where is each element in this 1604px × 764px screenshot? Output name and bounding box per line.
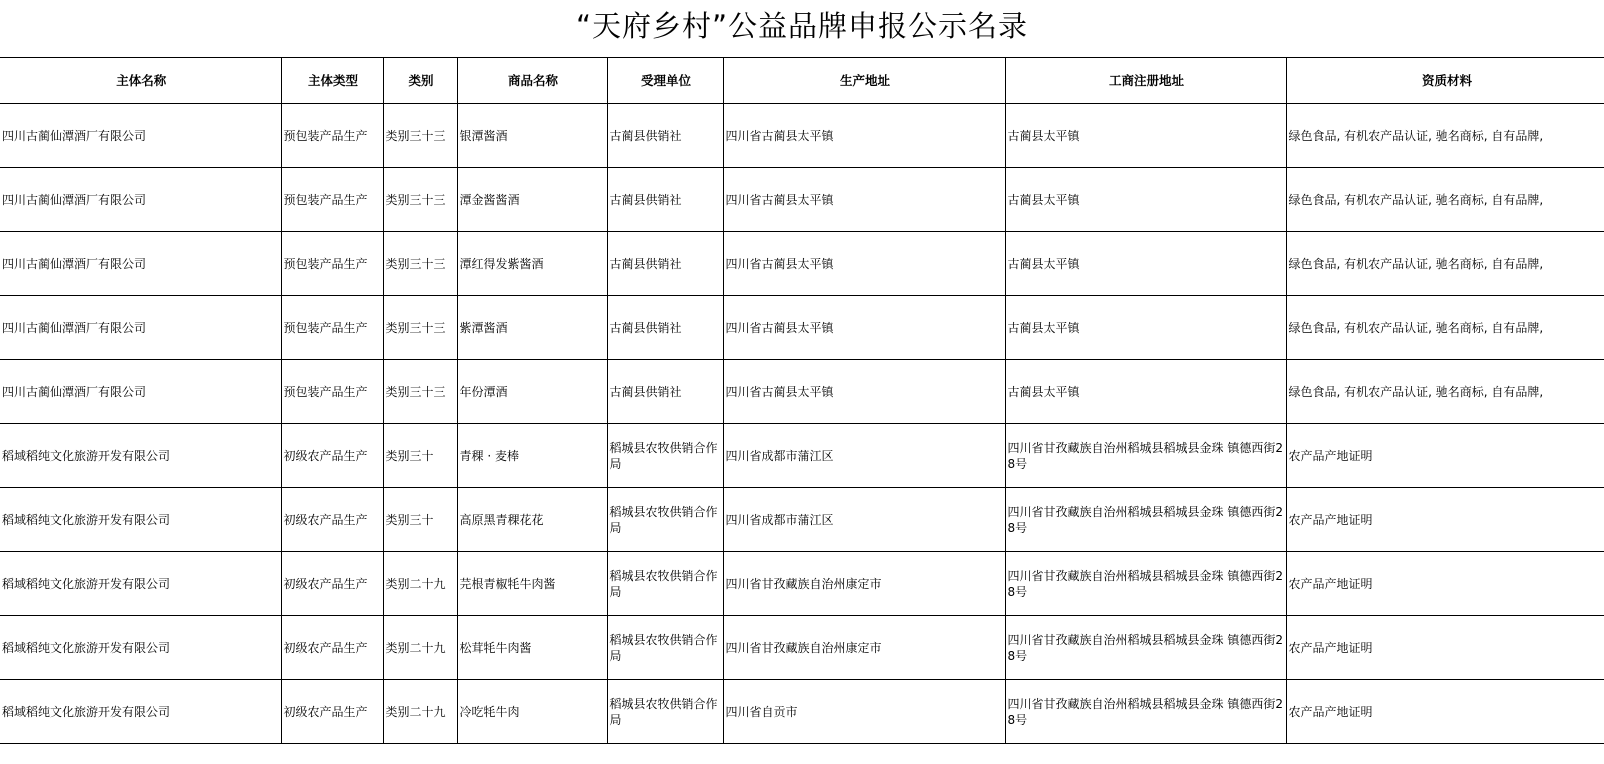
cell-entity-type: 预包装产品生产 (281, 360, 383, 424)
cell-accepting-unit: 古蔺县供销社 (607, 296, 723, 360)
cell-entity-type: 预包装产品生产 (281, 296, 383, 360)
cell-registered-address: 四川省甘孜藏族自治州稻城县稻城县金珠 镇德西街28号 (1005, 616, 1286, 680)
cell-accepting-unit: 古蔺县供销社 (607, 104, 723, 168)
column-header-registered-address: 工商注册地址 (1005, 58, 1286, 104)
cell-product-name: 松茸牦牛肉酱 (457, 616, 607, 680)
column-header-category: 类别 (383, 58, 457, 104)
column-header-accepting-unit: 受理单位 (607, 58, 723, 104)
cell-category: 类别三十三 (383, 360, 457, 424)
header-row: 主体名称主体类型类别商品名称受理单位生产地址工商注册地址资质材料 (0, 58, 1604, 104)
cell-accepting-unit: 稻城县农牧供销合作局 (607, 552, 723, 616)
cell-product-name: 潭金酱酱酒 (457, 168, 607, 232)
cell-entity-name: 四川古蔺仙潭酒厂有限公司 (0, 104, 281, 168)
cell-entity-name: 稻域稻纯文化旅游开发有限公司 (0, 616, 281, 680)
cell-product-name: 年份潭酒 (457, 360, 607, 424)
table-row: 四川古蔺仙潭酒厂有限公司预包装产品生产类别三十三潭红得发紫酱酒古蔺县供销社四川省… (0, 232, 1604, 296)
cell-production-address: 四川省甘孜藏族自治州康定市 (723, 616, 1005, 680)
cell-accepting-unit: 稻城县农牧供销合作局 (607, 424, 723, 488)
cell-category: 类别三十三 (383, 168, 457, 232)
cell-category: 类别三十 (383, 488, 457, 552)
cell-registered-address: 四川省甘孜藏族自治州稻城县稻城县金珠 镇德西街28号 (1005, 424, 1286, 488)
cell-qualifications: 农产品产地证明 (1286, 424, 1604, 488)
cell-entity-type: 初级农产品生产 (281, 680, 383, 744)
cell-entity-type: 初级农产品生产 (281, 552, 383, 616)
cell-category: 类别二十九 (383, 552, 457, 616)
cell-qualifications: 农产品产地证明 (1286, 488, 1604, 552)
cell-entity-name: 四川古蔺仙潭酒厂有限公司 (0, 232, 281, 296)
cell-production-address: 四川省古蔺县太平镇 (723, 296, 1005, 360)
cell-accepting-unit: 古蔺县供销社 (607, 360, 723, 424)
cell-registered-address: 四川省甘孜藏族自治州稻城县稻城县金珠 镇德西街28号 (1005, 488, 1286, 552)
cell-category: 类别三十 (383, 424, 457, 488)
cell-product-name: 高原黑青稞花花 (457, 488, 607, 552)
cell-entity-name: 四川古蔺仙潭酒厂有限公司 (0, 168, 281, 232)
page-title: “天府乡村”公益品牌申报公示名录 (0, 2, 1604, 50)
cell-production-address: 四川省甘孜藏族自治州康定市 (723, 552, 1005, 616)
table-row: 四川古蔺仙潭酒厂有限公司预包装产品生产类别三十三银潭酱酒古蔺县供销社四川省古蔺县… (0, 104, 1604, 168)
cell-entity-name: 四川古蔺仙潭酒厂有限公司 (0, 360, 281, 424)
cell-qualifications: 农产品产地证明 (1286, 616, 1604, 680)
cell-category: 类别三十三 (383, 104, 457, 168)
table-row: 四川古蔺仙潭酒厂有限公司预包装产品生产类别三十三年份潭酒古蔺县供销社四川省古蔺县… (0, 360, 1604, 424)
cell-category: 类别三十三 (383, 232, 457, 296)
cell-category: 类别二十九 (383, 616, 457, 680)
cell-registered-address: 古蔺县太平镇 (1005, 232, 1286, 296)
cell-entity-type: 初级农产品生产 (281, 616, 383, 680)
cell-product-name: 青稞 · 麦棒 (457, 424, 607, 488)
cell-entity-name: 稻域稻纯文化旅游开发有限公司 (0, 488, 281, 552)
cell-accepting-unit: 古蔺县供销社 (607, 232, 723, 296)
cell-qualifications: 农产品产地证明 (1286, 680, 1604, 744)
cell-production-address: 四川省古蔺县太平镇 (723, 360, 1005, 424)
cell-accepting-unit: 稻城县农牧供销合作局 (607, 488, 723, 552)
table-row: 稻域稻纯文化旅游开发有限公司初级农产品生产类别二十九芫根青椒牦牛肉酱稻城县农牧供… (0, 552, 1604, 616)
table-row: 四川古蔺仙潭酒厂有限公司预包装产品生产类别三十三紫潭酱酒古蔺县供销社四川省古蔺县… (0, 296, 1604, 360)
cell-production-address: 四川省古蔺县太平镇 (723, 104, 1005, 168)
cell-qualifications: 绿色食品, 有机农产品认证, 驰名商标, 自有品牌, (1286, 104, 1604, 168)
cell-qualifications: 绿色食品, 有机农产品认证, 驰名商标, 自有品牌, (1286, 296, 1604, 360)
table-body: 四川古蔺仙潭酒厂有限公司预包装产品生产类别三十三银潭酱酒古蔺县供销社四川省古蔺县… (0, 104, 1604, 744)
cell-production-address: 四川省成都市蒲江区 (723, 424, 1005, 488)
cell-registered-address: 四川省甘孜藏族自治州稻城县稻城县金珠 镇德西街28号 (1005, 552, 1286, 616)
cell-registered-address: 四川省甘孜藏族自治州稻城县稻城县金珠 镇德西街28号 (1005, 680, 1286, 744)
cell-accepting-unit: 稻城县农牧供销合作局 (607, 680, 723, 744)
column-header-entity-name: 主体名称 (0, 58, 281, 104)
cell-category: 类别二十九 (383, 680, 457, 744)
cell-production-address: 四川省自贡市 (723, 680, 1005, 744)
cell-qualifications: 农产品产地证明 (1286, 552, 1604, 616)
cell-entity-type: 预包装产品生产 (281, 168, 383, 232)
table-row: 稻域稻纯文化旅游开发有限公司初级农产品生产类别二十九松茸牦牛肉酱稻城县农牧供销合… (0, 616, 1604, 680)
cell-entity-type: 预包装产品生产 (281, 232, 383, 296)
cell-product-name: 银潭酱酒 (457, 104, 607, 168)
cell-entity-name: 四川古蔺仙潭酒厂有限公司 (0, 296, 281, 360)
cell-qualifications: 绿色食品, 有机农产品认证, 驰名商标, 自有品牌, (1286, 232, 1604, 296)
cell-entity-type: 预包装产品生产 (281, 104, 383, 168)
table-row: 稻域稻纯文化旅游开发有限公司初级农产品生产类别三十高原黑青稞花花稻城县农牧供销合… (0, 488, 1604, 552)
cell-entity-name: 稻域稻纯文化旅游开发有限公司 (0, 680, 281, 744)
cell-qualifications: 绿色食品, 有机农产品认证, 驰名商标, 自有品牌, (1286, 168, 1604, 232)
cell-accepting-unit: 稻城县农牧供销合作局 (607, 616, 723, 680)
cell-entity-name: 稻域稻纯文化旅游开发有限公司 (0, 424, 281, 488)
column-header-entity-type: 主体类型 (281, 58, 383, 104)
cell-qualifications: 绿色食品, 有机农产品认证, 驰名商标, 自有品牌, (1286, 360, 1604, 424)
cell-accepting-unit: 古蔺县供销社 (607, 168, 723, 232)
cell-production-address: 四川省成都市蒲江区 (723, 488, 1005, 552)
cell-registered-address: 古蔺县太平镇 (1005, 360, 1286, 424)
table-row: 稻域稻纯文化旅游开发有限公司初级农产品生产类别三十青稞 · 麦棒稻城县农牧供销合… (0, 424, 1604, 488)
column-header-product-name: 商品名称 (457, 58, 607, 104)
cell-category: 类别三十三 (383, 296, 457, 360)
cell-registered-address: 古蔺县太平镇 (1005, 168, 1286, 232)
cell-product-name: 冷吃牦牛肉 (457, 680, 607, 744)
table-row: 四川古蔺仙潭酒厂有限公司预包装产品生产类别三十三潭金酱酱酒古蔺县供销社四川省古蔺… (0, 168, 1604, 232)
cell-product-name: 潭红得发紫酱酒 (457, 232, 607, 296)
cell-entity-type: 初级农产品生产 (281, 488, 383, 552)
cell-product-name: 紫潭酱酒 (457, 296, 607, 360)
cell-entity-type: 初级农产品生产 (281, 424, 383, 488)
table-row: 稻域稻纯文化旅游开发有限公司初级农产品生产类别二十九冷吃牦牛肉稻城县农牧供销合作… (0, 680, 1604, 744)
cell-production-address: 四川省古蔺县太平镇 (723, 232, 1005, 296)
cell-entity-name: 稻域稻纯文化旅游开发有限公司 (0, 552, 281, 616)
cell-registered-address: 古蔺县太平镇 (1005, 104, 1286, 168)
column-header-qualifications: 资质材料 (1286, 58, 1604, 104)
column-header-production-address: 生产地址 (723, 58, 1005, 104)
cell-registered-address: 古蔺县太平镇 (1005, 296, 1286, 360)
cell-product-name: 芫根青椒牦牛肉酱 (457, 552, 607, 616)
registry-table: 主体名称主体类型类别商品名称受理单位生产地址工商注册地址资质材料 四川古蔺仙潭酒… (0, 57, 1604, 744)
cell-production-address: 四川省古蔺县太平镇 (723, 168, 1005, 232)
